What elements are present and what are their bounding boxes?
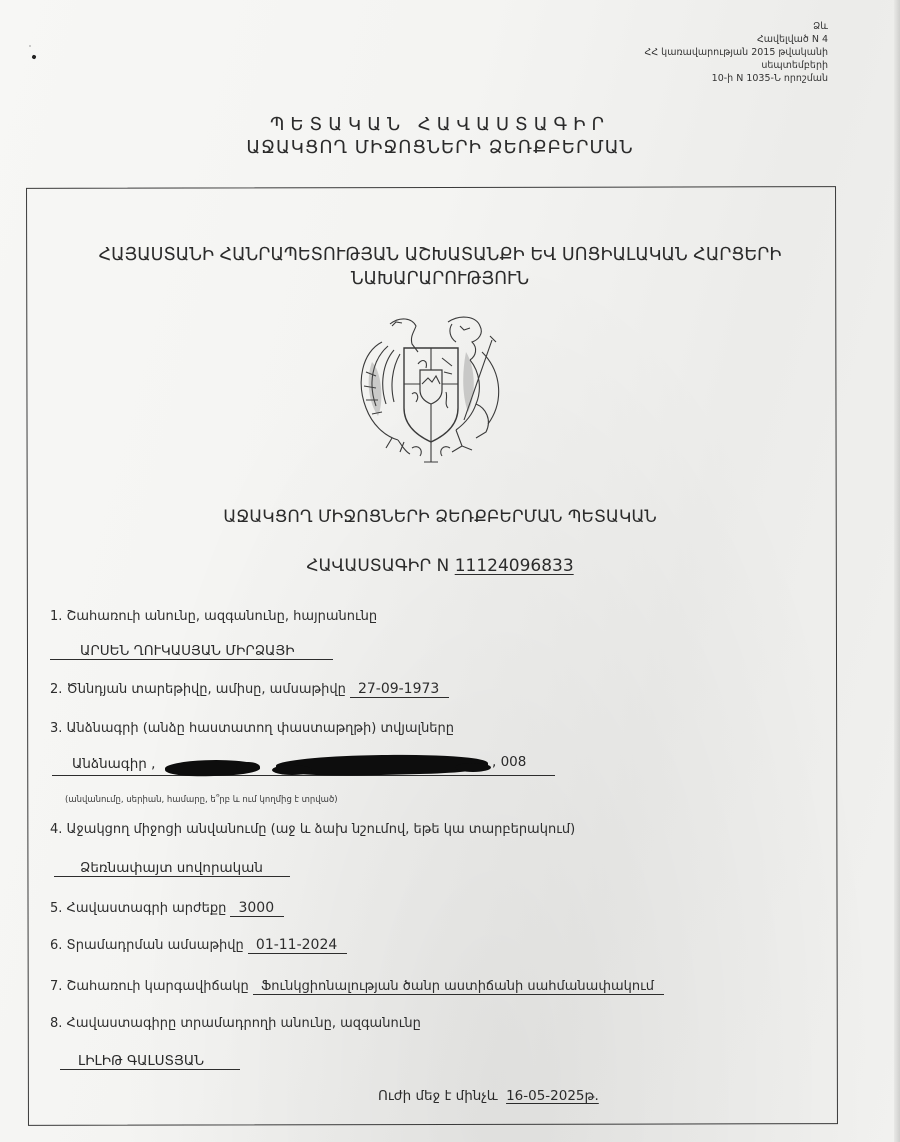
redaction-mark [272, 765, 312, 775]
ministry-name: ՀԱՅԱՍՏԱՆԻ ՀԱՆՐԱՊԵՏՈՒԹՅԱՆ ԱՇԽԱՏԱՆՔԻ ԵՎ ՍՈ… [0, 243, 880, 291]
certificate-number: 11124096833 [455, 556, 574, 576]
annex-line: սեպտեմբերի [645, 59, 828, 72]
ministry-line-2: ՆԱԽԱՐԱՐՈՒԹՅՈՒՆ [0, 267, 880, 291]
annex-line: 10-ի N 1035-Ն որոշման [645, 72, 828, 85]
field-birth-date-label: 2. Ծննդյան տարեթիվը, ամիսը, ամսաթիվը [50, 682, 346, 697]
field-issue-date: 6. Տրամադրման ամսաթիվը 01-11-2024 [50, 938, 347, 954]
document-title: ՊԵՏԱԿԱՆ ՀԱՎԱՍՏԱԳԻՐ [0, 114, 880, 135]
armenia-coat-of-arms-icon [352, 312, 510, 464]
field-certificate-value-label: 5. Հավաստագրի արժեքը [50, 901, 226, 916]
annex-reference: Ձև Հավելված N 4 ՀՀ կառավարության 2015 թվ… [645, 20, 828, 85]
field-certificate-value: 5. Հավաստագրի արժեքը 3000 [50, 901, 284, 917]
annex-line: ՀՀ կառավարության 2015 թվականի [645, 46, 828, 59]
field-passport-type: Անձնագիր , [72, 756, 155, 772]
field-passport-hint: (անվանումը, սերիան, համարը, ե՞րբ և ում կ… [65, 795, 338, 805]
field-beneficiary-name-label: 1. Շահառուի անունը, ազգանունը, հայրանուն… [50, 609, 377, 624]
field-birth-date-value: 27-09-1973 [350, 682, 449, 698]
validity-line: Ուժի մեջ է մինչև 16-05-2025թ. [378, 1088, 599, 1104]
field-beneficiary-status: 7. Շահառուի կարգավիճակը Ֆունկցիոնալությա… [50, 979, 664, 995]
field-certificate-value-amount: 3000 [230, 901, 284, 917]
field-birth-date: 2. Ծննդյան տարեթիվը, ամիսը, ամսաթիվը 27-… [50, 682, 449, 698]
field-beneficiary-status-value: Ֆունկցիոնալության ծանր աստիճանի սահմանափ… [253, 979, 664, 995]
redaction-mark [455, 763, 491, 772]
paper-edge [894, 0, 900, 1142]
certificate-number-line: ՀԱՎԱՍՏԱԳԻՐ N 11124096833 [0, 556, 880, 576]
field-issuer-name-value: ԼԻԼԻԹ ԳԱԼՍՏՅԱՆ [60, 1053, 240, 1070]
field-device-name-label: 4. Աջակցող միջոցի անվանումը (աջ և ձախ նշ… [50, 822, 575, 837]
field-beneficiary-status-label: 7. Շահառուի կարգավիճակը [50, 979, 249, 994]
validity-date: 16-05-2025թ. [506, 1088, 599, 1104]
field-issuer-name-label: 8. Հավաստագիրը տրամադրողի անունը, ազգանո… [50, 1016, 421, 1031]
field-passport-suffix: , 008 [492, 754, 526, 770]
annex-line: Ձև [645, 20, 828, 33]
ministry-line-1: ՀԱՅԱՍՏԱՆԻ ՀԱՆՐԱՊԵՏՈՒԹՅԱՆ ԱՇԽԱՏԱՆՔԻ ԵՎ ՍՈ… [0, 243, 880, 267]
document-subtitle: ԱՋԱԿՑՈՂ ՄԻՋՈՑՆԵՐԻ ՁԵՌՔԲԵՐՄԱՆ [0, 137, 880, 158]
certificate-title: ԱՋԱԿՑՈՂ ՄԻՋՈՑՆԵՐԻ ՁԵՌՔԲԵՐՄԱՆ ՊԵՏԱԿԱՆ [0, 507, 880, 527]
certificate-number-label: ՀԱՎԱՍՏԱԳԻՐ N [306, 556, 449, 576]
paper-speck [29, 45, 31, 47]
field-issue-date-label: 6. Տրամադրման ամսաթիվը [50, 938, 244, 953]
field-passport-label: 3. Անձնագրի (անձը հաստատող փաստաթղթի) տվ… [50, 721, 454, 736]
validity-label: Ուժի մեջ է մինչև [378, 1088, 498, 1104]
redaction-mark [236, 762, 260, 772]
paper-speck [31, 54, 36, 59]
field-beneficiary-name-value: ԱՐՍԵՆ ՂՈՒԿԱՍՅԱՆ ՄԻՐՁԱՅԻ [50, 643, 333, 660]
field-device-name-value: Ձեռնափայտ սովորական [54, 860, 290, 877]
annex-line: Հավելված N 4 [645, 33, 828, 46]
field-issue-date-value: 01-11-2024 [248, 938, 347, 954]
